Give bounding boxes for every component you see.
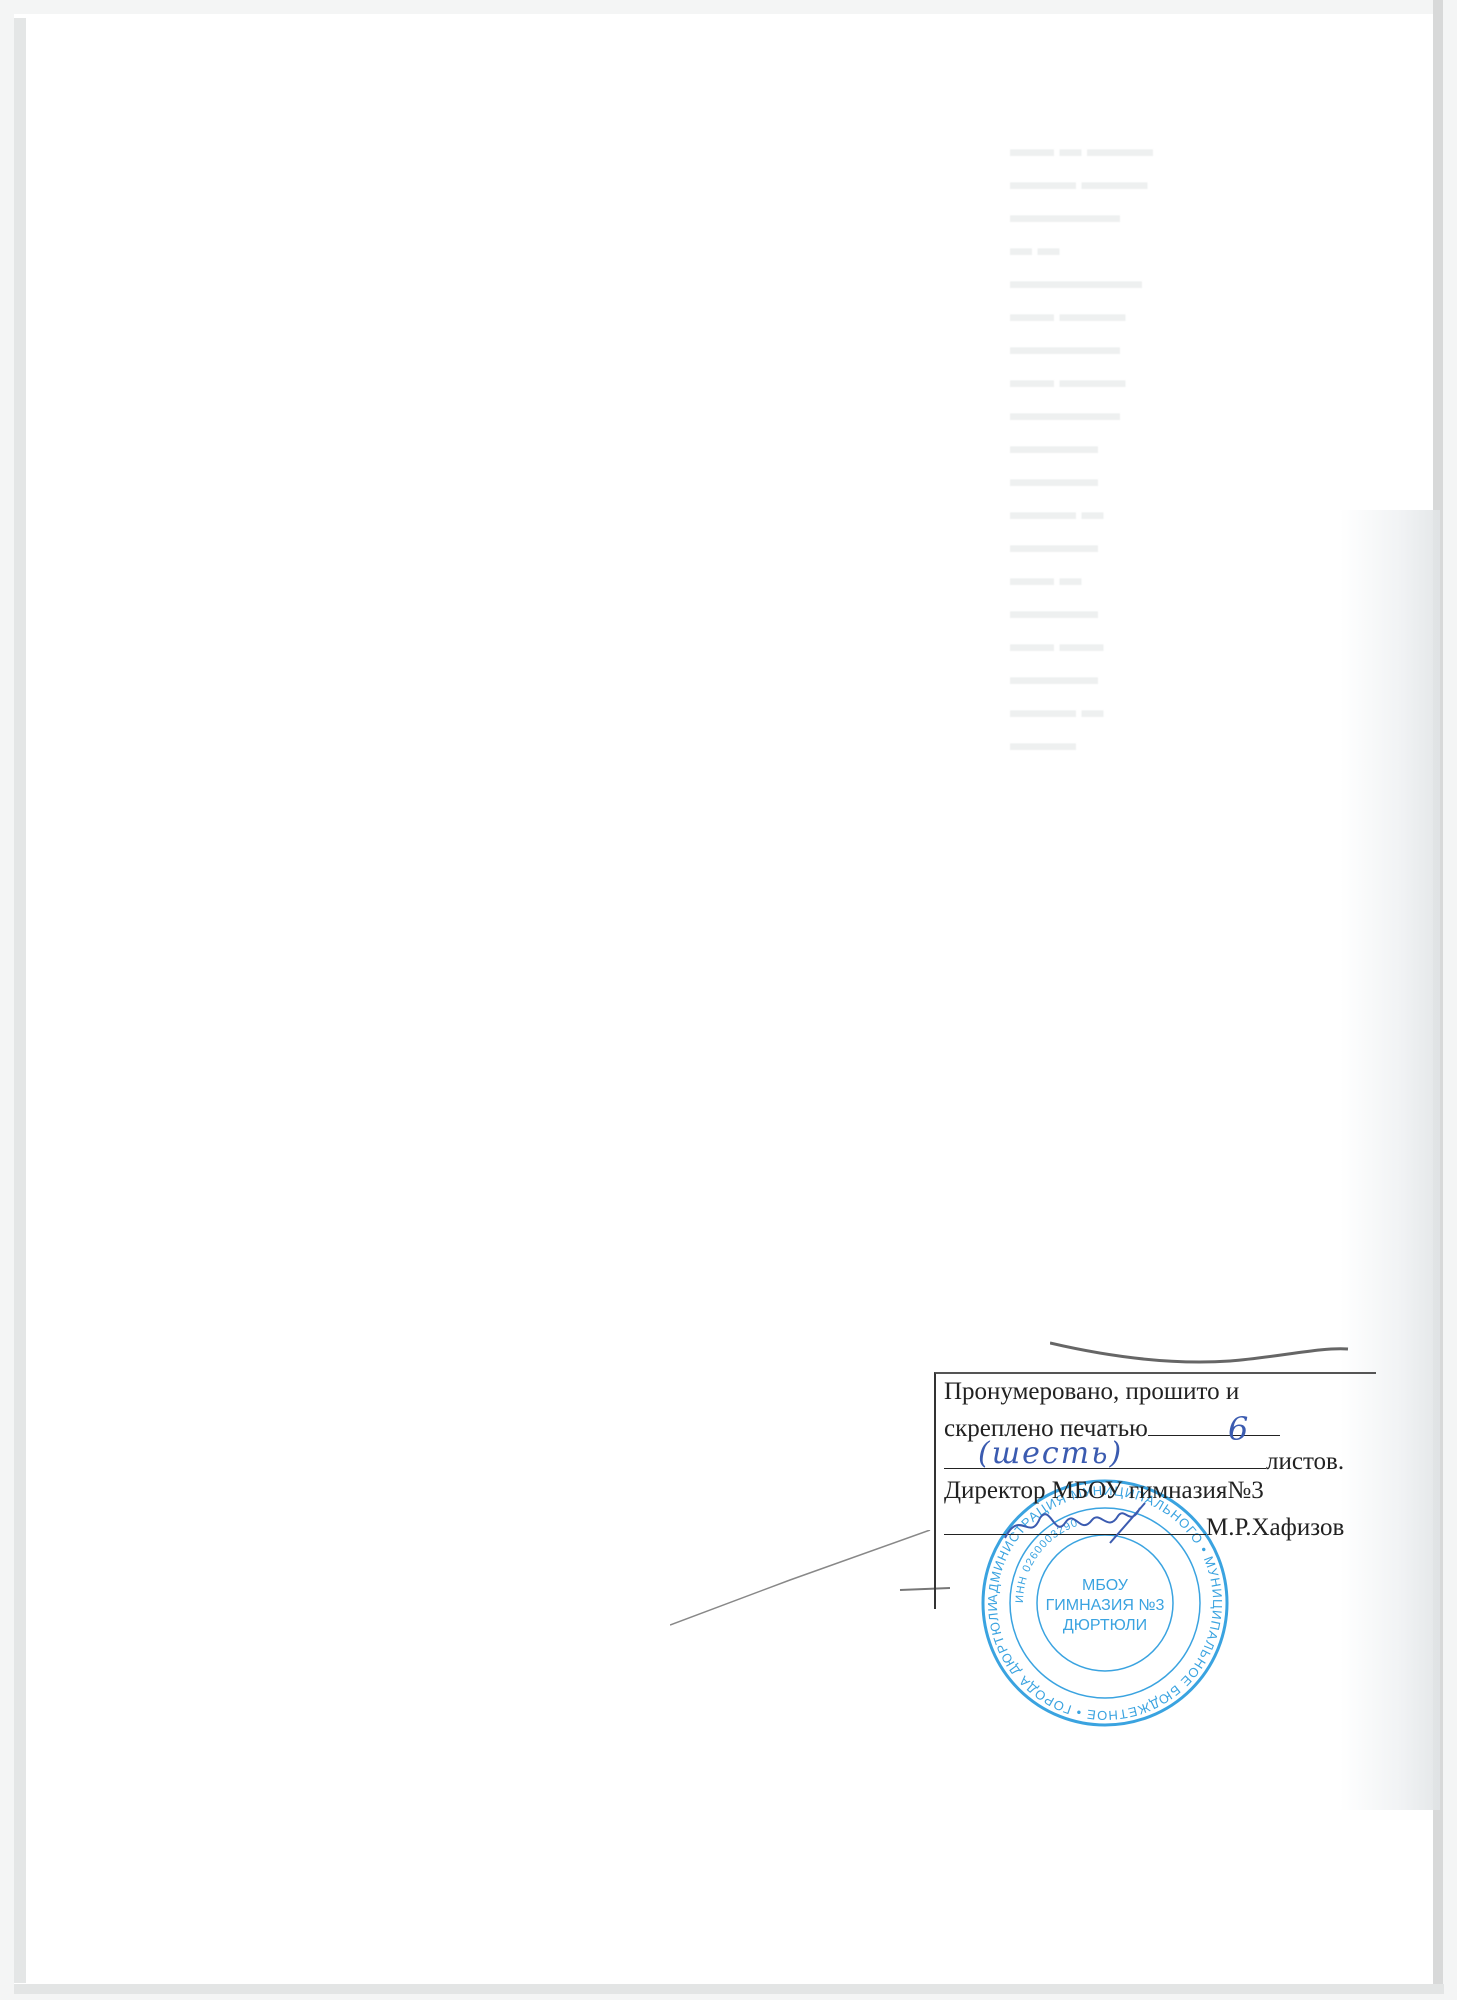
pen-stroke [670,1530,950,1630]
scan-left-edge [14,18,26,1983]
handwritten-sheet-count-words: (шесть) [978,1436,1123,1471]
scan-bottom-edge [14,1984,1444,1994]
certification-box: Пронумеровано, прошито и скреплено печат… [934,1372,1376,1609]
bleed-through-text: ▬▬ ▬ ▬▬▬▬▬▬ ▬▬▬▬▬▬▬▬▬ ▬▬▬▬▬▬▬ ▬▬ ▬▬▬▬▬▬▬… [1010,132,1210,759]
pen-stroke [1050,1335,1350,1375]
certification-line-1: Пронумеровано, прошито и [944,1378,1239,1406]
paper-fold-shadow [1340,510,1440,1810]
handwritten-sheet-count: 6 [1228,1410,1248,1448]
svg-text:ДЮРТЮЛИ: ДЮРТЮЛИ [1063,1617,1147,1634]
sheet-count-blank [1148,1411,1280,1436]
director-signature [1000,1498,1150,1548]
